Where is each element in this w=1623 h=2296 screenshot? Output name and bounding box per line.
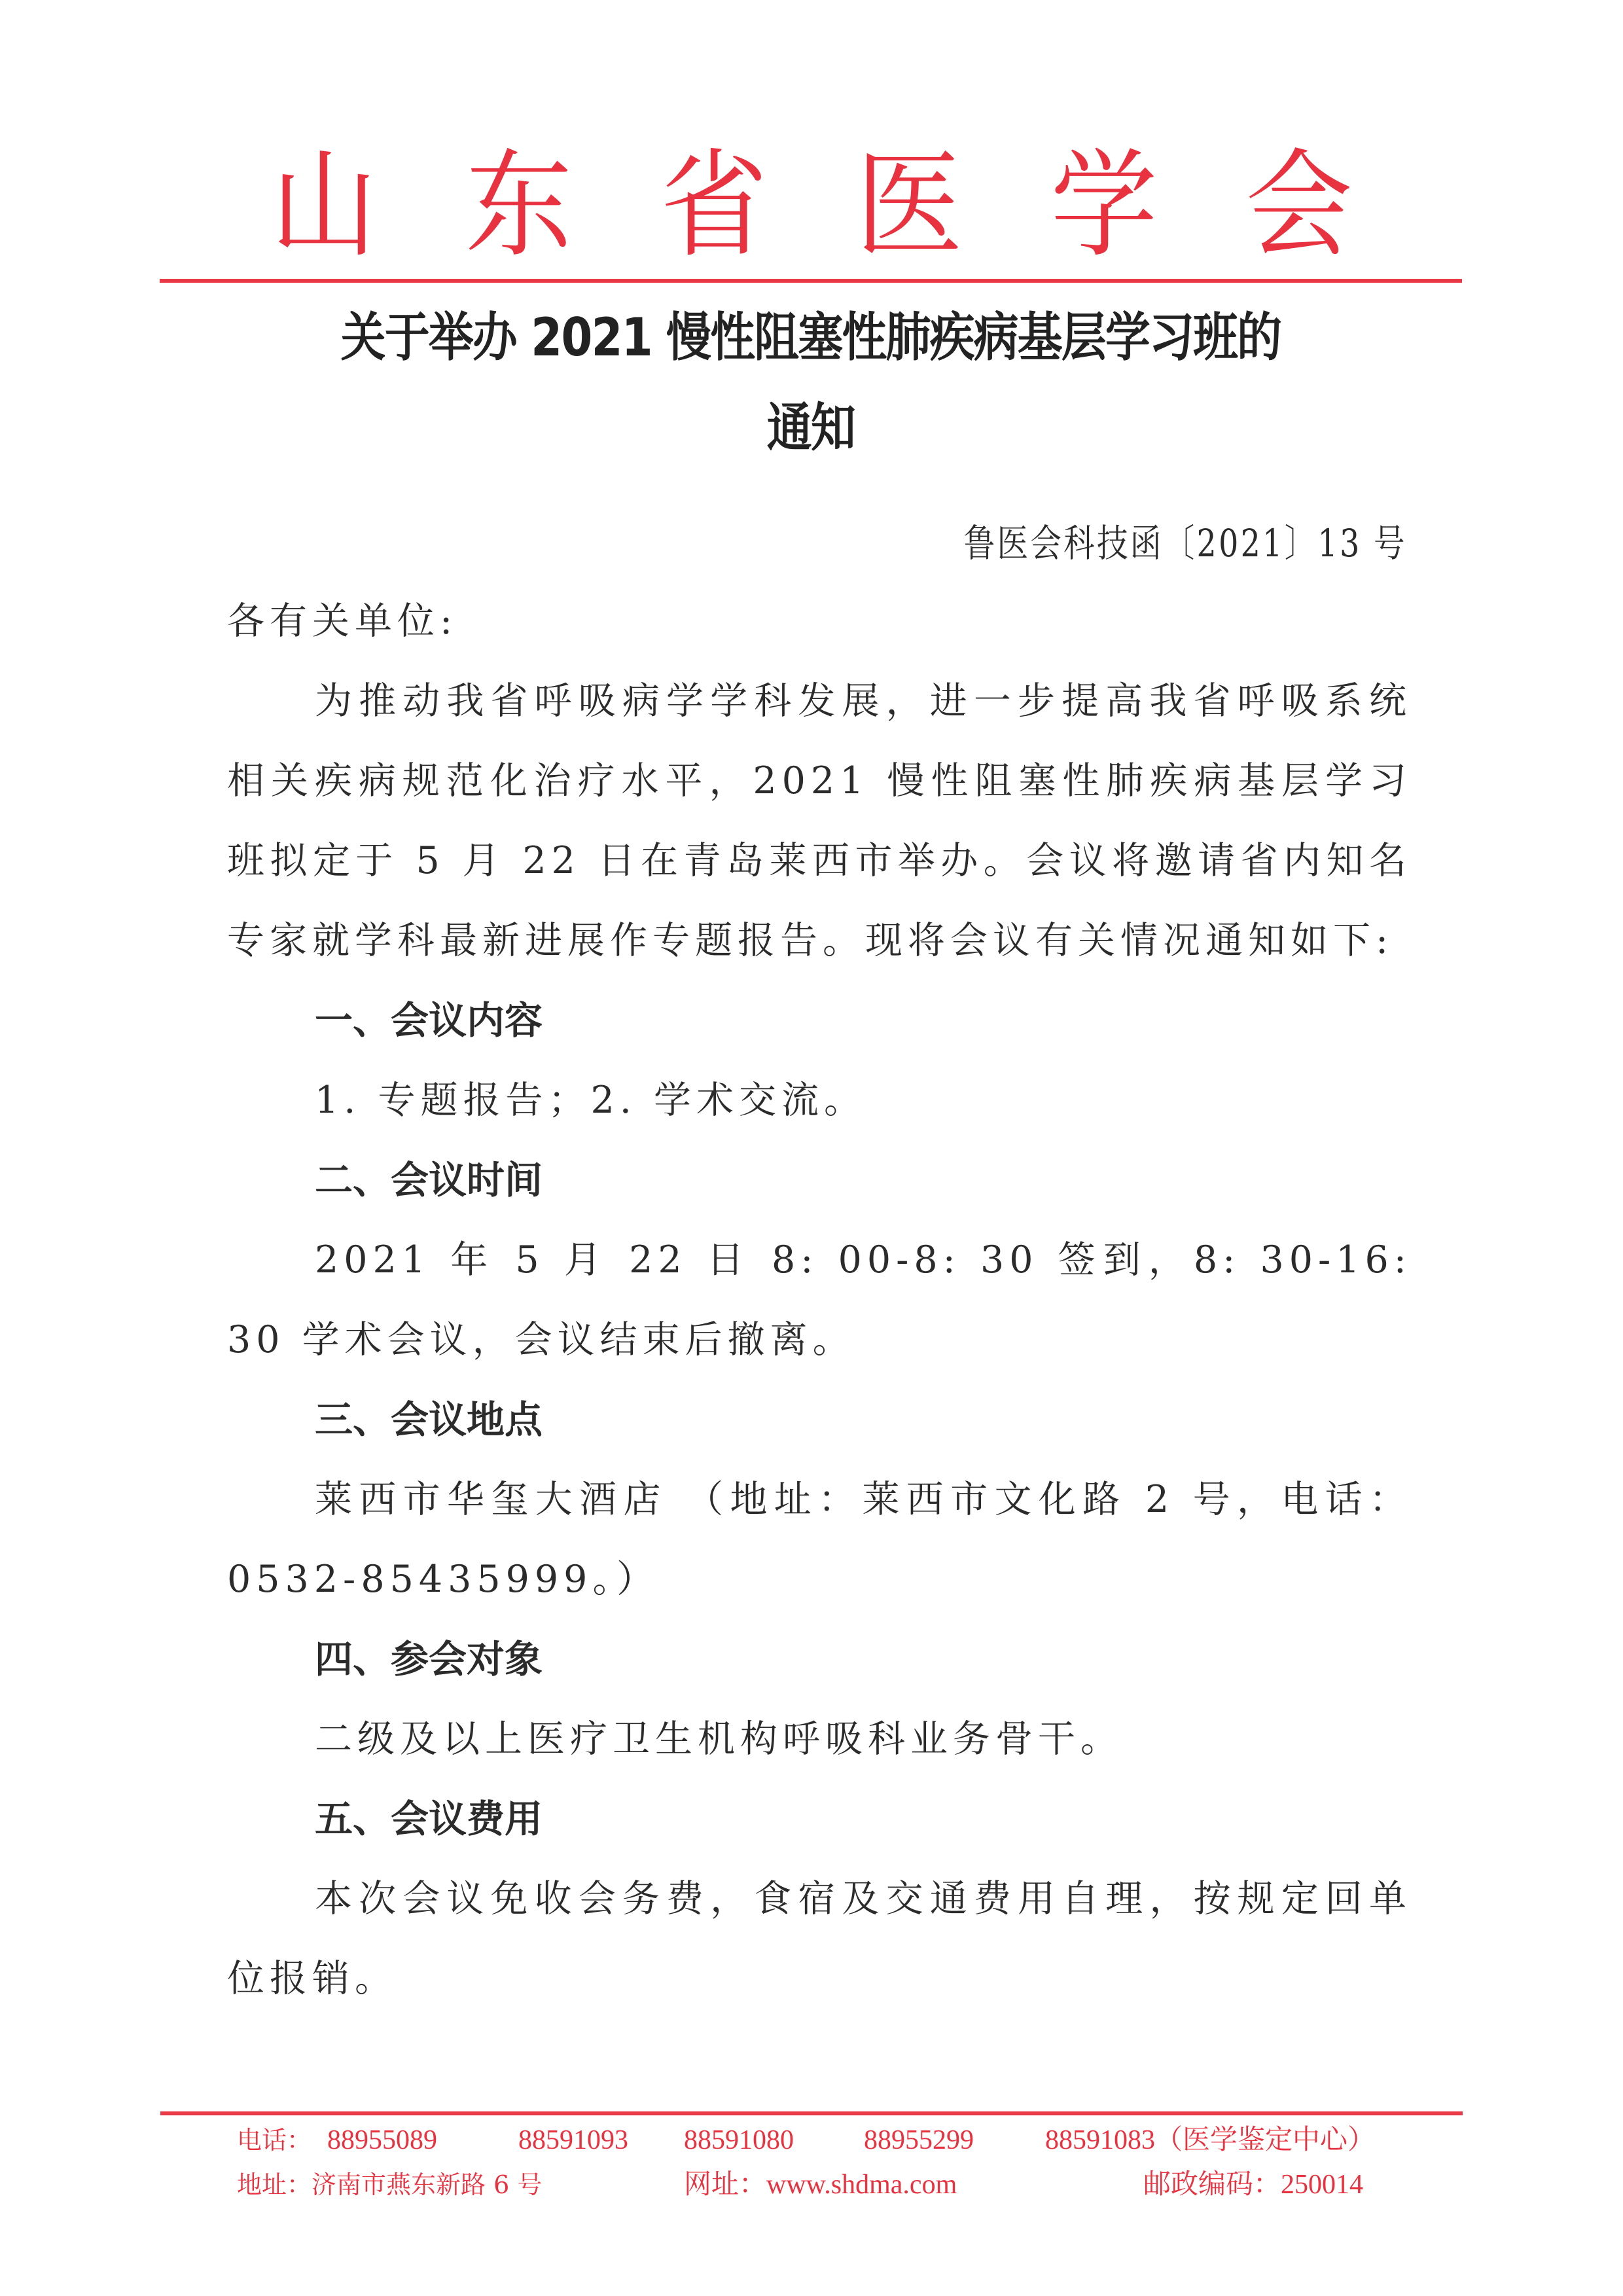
org-char: 医 [852,140,967,271]
phone-number: 88955299 [864,2119,974,2161]
section-heading-fees: 五、会议费用 [227,1779,1412,1859]
phone-label: 电话： [237,2119,312,2161]
section-text-fees: 本次会议免收会务费，食宿及交通费用自理，按规定回单位报销。 [227,1859,1412,2018]
organization-name: 山 东 省 医 学 会 [262,140,1361,271]
section-text-content: 1. 专题报告；2. 学术交流。 [227,1060,1412,1140]
org-char: 会 [1242,140,1357,271]
section-text-location: 莱西市华玺大酒店 （地址：莱西市文化路 2 号，电话：0532-85435999… [227,1460,1412,1619]
org-char: 省 [657,140,772,271]
section-heading-time: 二、会议时间 [227,1140,1412,1220]
section-heading-content: 一、会议内容 [227,980,1412,1060]
intro-paragraph: 为推动我省呼吸病学学科发展，进一步提高我省呼吸系统相关疾病规范化治疗水平，202… [227,661,1412,980]
footer-contact: 电话： 88955089 88591093 88591080 88955299 … [237,2119,1454,2211]
section-heading-location: 三、会议地点 [227,1380,1412,1460]
document-number: 鲁医会科技函〔2021〕13 号 [964,517,1407,569]
website-link[interactable]: 网址：www.shdma.com [684,2164,957,2206]
footer-divider [160,2111,1463,2115]
postcode: 邮政编码：250014 [1143,2164,1363,2206]
notice-title-line2: 通知 [251,395,1370,461]
notice-body: 各有关单位: 为推动我省呼吸病学学科发展，进一步提高我省呼吸系统相关疾病规范化治… [227,581,1412,2018]
phone-number: 88591080 [684,2119,794,2161]
section-text-time: 2021 年 5 月 22 日 8: 00-8: 30 签到，8: 30-16:… [227,1220,1412,1380]
salutation: 各有关单位: [227,581,1412,661]
section-heading-attendees: 四、参会对象 [227,1619,1412,1699]
phone-number: 88591093 [518,2119,628,2161]
address: 地址：济南市燕东新路 6 号 [237,2164,542,2206]
letterhead-divider [160,279,1462,283]
org-char: 学 [1047,140,1162,271]
phone-number: 88955089 [327,2119,437,2161]
org-char: 东 [462,140,577,271]
section-text-attendees: 二级及以上医疗卫生机构呼吸科业务骨干。 [227,1699,1412,1779]
phone-number-appraisal-center: 88591083（医学鉴定中心） [1045,2119,1375,2161]
org-char: 山 [267,140,382,271]
notice-title-line1: 关于举办 2021 慢性阻塞性肺疾病基层学习班的 [251,305,1370,370]
